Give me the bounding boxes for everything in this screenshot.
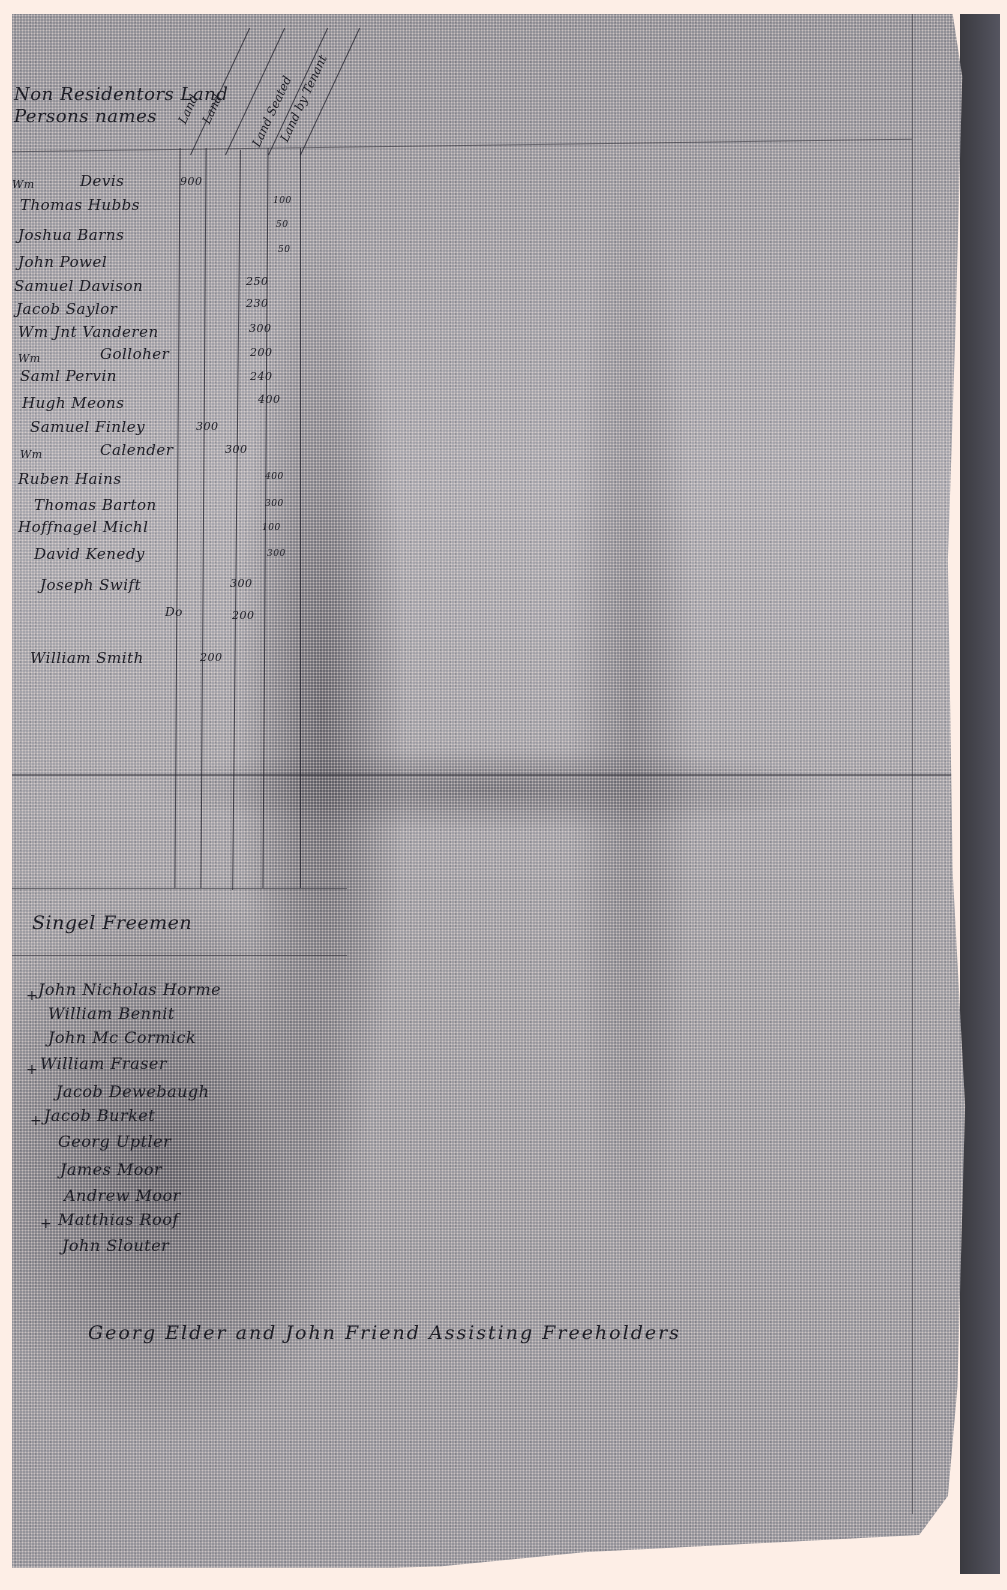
column-divider-5 bbox=[300, 148, 301, 888]
freeman-name: Jacob Dewebaugh bbox=[56, 1082, 209, 1101]
row-mark: Wm bbox=[12, 178, 35, 191]
scan-edge-shadow bbox=[960, 14, 1000, 1574]
row-col4: 50 bbox=[276, 220, 288, 230]
row-col3: 300 bbox=[267, 549, 286, 559]
row-col4: 50 bbox=[278, 245, 290, 255]
row-name: Joshua Barns bbox=[18, 226, 124, 244]
freeman-name: Andrew Moor bbox=[64, 1186, 181, 1205]
row-col3: 300 bbox=[249, 322, 272, 335]
cross-mark: + bbox=[26, 1062, 38, 1078]
cross-mark: + bbox=[30, 1113, 42, 1129]
row-name: Thomas Hubbs bbox=[20, 196, 140, 214]
row-col1: 900 bbox=[180, 175, 203, 188]
row-name: Golloher bbox=[100, 345, 169, 363]
row-name: David Kenedy bbox=[34, 545, 145, 563]
table-bottom-rule bbox=[12, 888, 347, 889]
freeman-name: John Nicholas Horme bbox=[38, 980, 221, 999]
row-name: Samuel Davison bbox=[14, 277, 143, 295]
single-freemen-header: Singel Freemen bbox=[32, 912, 192, 934]
freemen-header-rule bbox=[12, 955, 347, 956]
row-col3: 200 bbox=[250, 346, 273, 359]
row-col1: 200 bbox=[200, 651, 223, 664]
row-col2: 300 bbox=[225, 443, 248, 456]
freeman-name: John Slouter bbox=[62, 1236, 169, 1255]
row-col3: 230 bbox=[246, 297, 269, 310]
assisting-freeholders-line: Georg Elder and John Friend Assisting Fr… bbox=[88, 1322, 681, 1344]
cross-mark: + bbox=[26, 988, 38, 1004]
freeman-name: William Fraser bbox=[40, 1054, 167, 1073]
row-name: Ruben Hains bbox=[18, 470, 122, 488]
row-name: Hugh Meons bbox=[22, 394, 124, 412]
row-name: William Smith bbox=[30, 649, 144, 667]
row-mark: Wm bbox=[20, 448, 43, 461]
row-name: Joseph Swift bbox=[40, 576, 141, 594]
row-name: John Powel bbox=[18, 253, 107, 271]
row-col4: 100 bbox=[273, 196, 292, 206]
row-col1: 300 bbox=[196, 420, 219, 433]
freeman-name: John Mc Cormick bbox=[48, 1028, 196, 1047]
row-name: Calender bbox=[100, 441, 173, 459]
row-col3: 250 bbox=[246, 275, 269, 288]
cross-mark: + bbox=[40, 1216, 52, 1232]
row-name: Do bbox=[165, 605, 183, 619]
row-name: Jacob Saylor bbox=[16, 300, 117, 318]
row-col3: 400 bbox=[258, 393, 281, 406]
row-name: Saml Pervin bbox=[20, 367, 117, 385]
freeman-name: Georg Uptler bbox=[58, 1132, 171, 1151]
row-name: Wm Jnt Vanderen bbox=[18, 323, 159, 341]
row-col3: 300 bbox=[265, 499, 284, 509]
row-mark: Wm bbox=[18, 352, 41, 365]
freeman-name: Matthias Roof bbox=[58, 1210, 179, 1229]
row-col3: 400 bbox=[265, 472, 284, 482]
freeman-name: Jacob Burket bbox=[44, 1106, 155, 1125]
row-name: Hoffnagel Michl bbox=[18, 518, 148, 536]
row-col3: 100 bbox=[262, 523, 281, 533]
freeman-name: James Moor bbox=[60, 1160, 162, 1179]
row-name: Thomas Barton bbox=[34, 496, 157, 514]
right-crease bbox=[912, 14, 913, 1514]
row-name: Samuel Finley bbox=[30, 418, 145, 436]
row-name: Devis bbox=[80, 172, 124, 190]
header-line-2: Persons names bbox=[14, 106, 228, 128]
row-col2: 200 bbox=[232, 609, 255, 622]
horizontal-fold bbox=[12, 774, 967, 776]
row-col3: 240 bbox=[250, 370, 273, 383]
row-col2: 300 bbox=[230, 577, 253, 590]
freeman-name: William Bennit bbox=[48, 1004, 175, 1023]
